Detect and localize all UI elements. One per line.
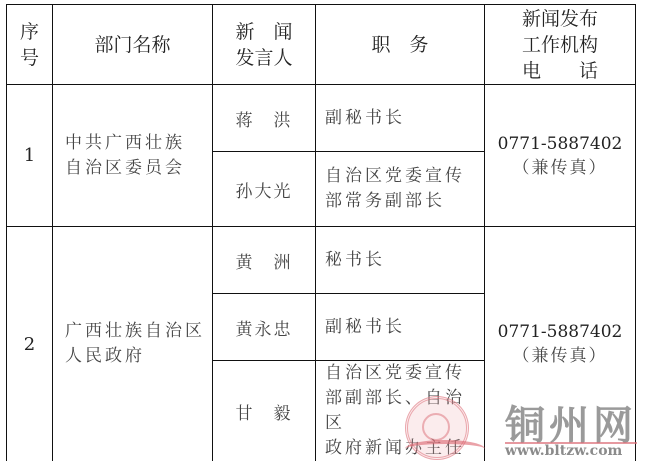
header-dept: 部门名称: [53, 5, 213, 85]
speaker-name: 孙大光: [213, 152, 316, 227]
header-position: 职 务: [316, 5, 485, 85]
department-line: 中共广西壮族: [65, 131, 212, 156]
fax-note: （兼传真）: [485, 344, 635, 368]
speaker-name: 黄 洲: [213, 227, 316, 294]
table-row: 1 中共广西壮族 自治区委员会 蒋 洪 副秘书长 0771-5887402 （兼…: [7, 85, 636, 152]
header-phone: 新闻发布 工作机构 电 话: [485, 5, 636, 85]
header-no-line2: 号: [7, 45, 52, 71]
spokesperson-table: 序 号 部门名称 新 闻 发言人 职 务 新闻发布 工作机构 电 话 1 中共广…: [6, 4, 636, 461]
department-cell: 广西壮族自治区 人民政府: [53, 227, 213, 461]
speaker-name: 黄永忠: [213, 294, 316, 361]
row-number: 2: [7, 227, 53, 461]
header-no: 序 号: [7, 5, 53, 85]
header-speaker: 新 闻 发言人: [213, 5, 316, 85]
speaker-name: 甘 毅: [213, 361, 316, 461]
header-row: 序 号 部门名称 新 闻 发言人 职 务 新闻发布 工作机构 电 话: [7, 5, 636, 85]
header-phone-line1: 新闻发布: [485, 6, 635, 32]
phone-cell: 0771-5887402 （兼传真）: [485, 227, 636, 461]
department-line: 人民政府: [65, 344, 212, 369]
position-line: 副秘书长: [325, 315, 480, 340]
department-line: 自治区委员会: [65, 156, 212, 181]
speaker-name: 蒋 洪: [213, 85, 316, 152]
position-line: 副秘书长: [325, 106, 480, 131]
phone-number: 0771-5887402: [485, 320, 635, 344]
phone-number: 0771-5887402: [485, 132, 635, 156]
header-phone-line3: 电 话: [485, 58, 635, 84]
position-line: 部副部长、自治区: [325, 386, 480, 436]
header-speaker-line2: 发言人: [213, 45, 315, 71]
position-line: 政府新闻办主任: [325, 436, 480, 461]
department-line: 广西壮族自治区: [65, 319, 212, 344]
position-cell: 副秘书长: [316, 85, 485, 152]
position-cell: 秘书长: [316, 227, 485, 294]
position-cell: 副秘书长: [316, 294, 485, 361]
phone-cell: 0771-5887402 （兼传真）: [485, 85, 636, 227]
position-line: 自治区党委宣传: [325, 164, 480, 189]
fax-note: （兼传真）: [485, 156, 635, 180]
position-line: 部常务副部长: [325, 189, 480, 214]
header-phone-line2: 工作机构: [485, 32, 635, 58]
row-number: 1: [7, 85, 53, 227]
position-line: 秘书长: [325, 248, 480, 273]
department-cell: 中共广西壮族 自治区委员会: [53, 85, 213, 227]
position-cell: 自治区党委宣传 部常务副部长: [316, 152, 485, 227]
position-cell: 自治区党委宣传 部副部长、自治区 政府新闻办主任: [316, 361, 485, 461]
header-no-line1: 序: [7, 19, 52, 45]
table-row: 2 广西壮族自治区 人民政府 黄 洲 秘书长 0771-5887402 （兼传真…: [7, 227, 636, 294]
header-speaker-line1: 新 闻: [213, 19, 315, 45]
position-line: 自治区党委宣传: [325, 361, 480, 386]
